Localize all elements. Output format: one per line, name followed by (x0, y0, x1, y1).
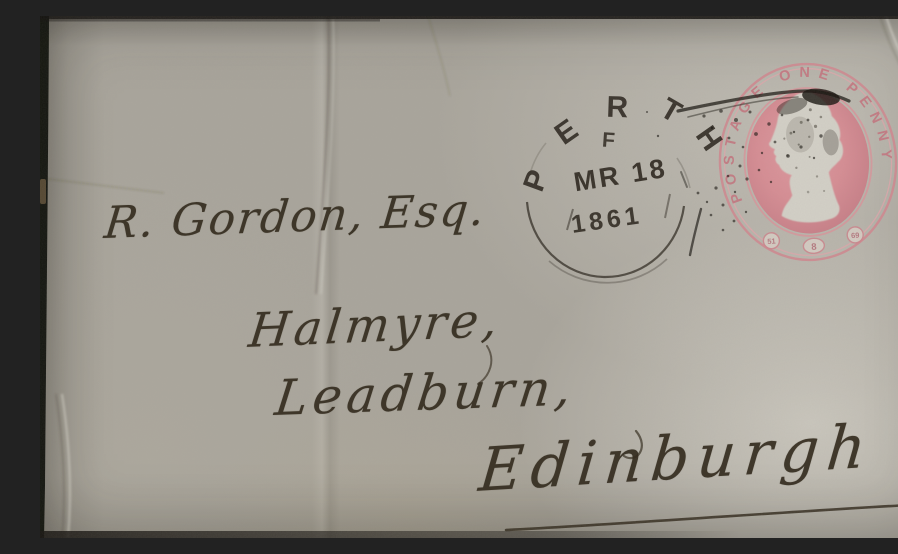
envelope-photo: POSTAGE ONE PENNY 51 8 (40, 16, 898, 538)
address-line-house: Halmyre, (246, 293, 504, 359)
address-line-village: Leadburn, (272, 359, 579, 427)
